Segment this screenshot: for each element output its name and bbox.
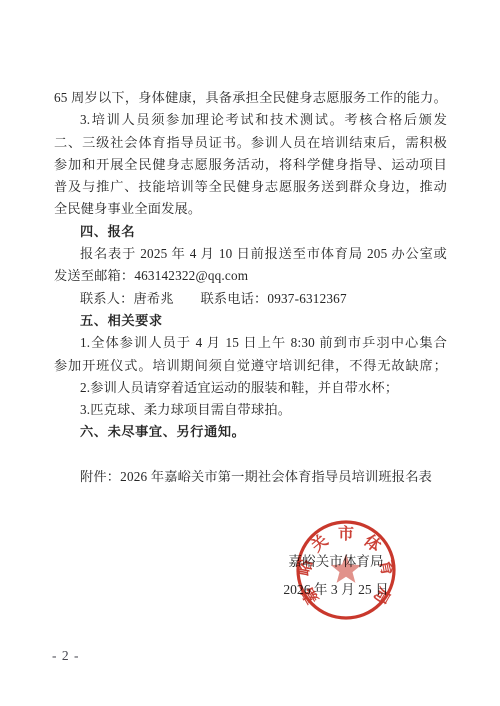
body-line: 普及与推广、技能培训等全民健身志愿服务送到群众身边，推动 xyxy=(54,176,447,198)
seal-char: 体 xyxy=(360,531,384,556)
contact-line: 联系人：唐希兆 联系电话：0937-6312367 xyxy=(54,288,447,310)
body-line: 参加和开展全民健身志愿服务活动，将科学健身指导、运动项目 xyxy=(54,154,447,176)
body-line: 全民健身事业全面发展。 xyxy=(54,198,447,220)
attachment-line: 附件：2026 年嘉峪关市第一期社会体育指导员培训班报名表 xyxy=(54,466,447,488)
section-heading-4: 四、报名 xyxy=(54,221,447,243)
body-line: 65 周岁以下，身体健康，具备承担全民健身志愿服务工作的能力。 xyxy=(54,87,447,109)
official-seal-icon: 嘉 峪 关 市 体 育 局 xyxy=(284,508,408,632)
document-page: 65 周岁以下，身体健康，具备承担全民健身志愿服务工作的能力。 3.培训人员须参… xyxy=(0,0,500,706)
document-body: 65 周岁以下，身体健康，具备承担全民健身志愿服务工作的能力。 3.培训人员须参… xyxy=(54,87,447,488)
seal-star-icon xyxy=(331,554,361,583)
body-line: 2.参训人员请穿着适宜运动的服装和鞋，并自带水杯； xyxy=(54,377,447,399)
body-line: 1.全体参训人员于 4 月 15 日上午 8:30 前到市乒羽中心集合 xyxy=(54,332,447,354)
body-line: 3.匹克球、柔力球项目需自带球拍。 xyxy=(54,399,447,421)
section-heading-5: 五、相关要求 xyxy=(54,310,447,332)
page-number: - 2 - xyxy=(52,648,80,664)
body-line: 报名表于 2025 年 4 月 10 日前报送至市体育局 205 办公室或 xyxy=(54,243,447,265)
body-line: 参加开班仪式。培训期间须自觉遵守培训纪律，不得无故缺席； xyxy=(54,355,447,377)
section-heading-6: 六、未尽事宜、另行通知。 xyxy=(54,421,447,443)
seal-char: 市 xyxy=(338,524,354,543)
seal-char: 关 xyxy=(307,531,331,556)
email-line: 发送至邮箱：463142322@qq.com xyxy=(54,265,447,287)
body-line: 二、三级社会体育指导员证书。参训人员在培训结束后，需积极 xyxy=(54,132,447,154)
body-line: 3.培训人员须参加理论考试和技术测试。考核合格后颁发 xyxy=(54,109,447,131)
